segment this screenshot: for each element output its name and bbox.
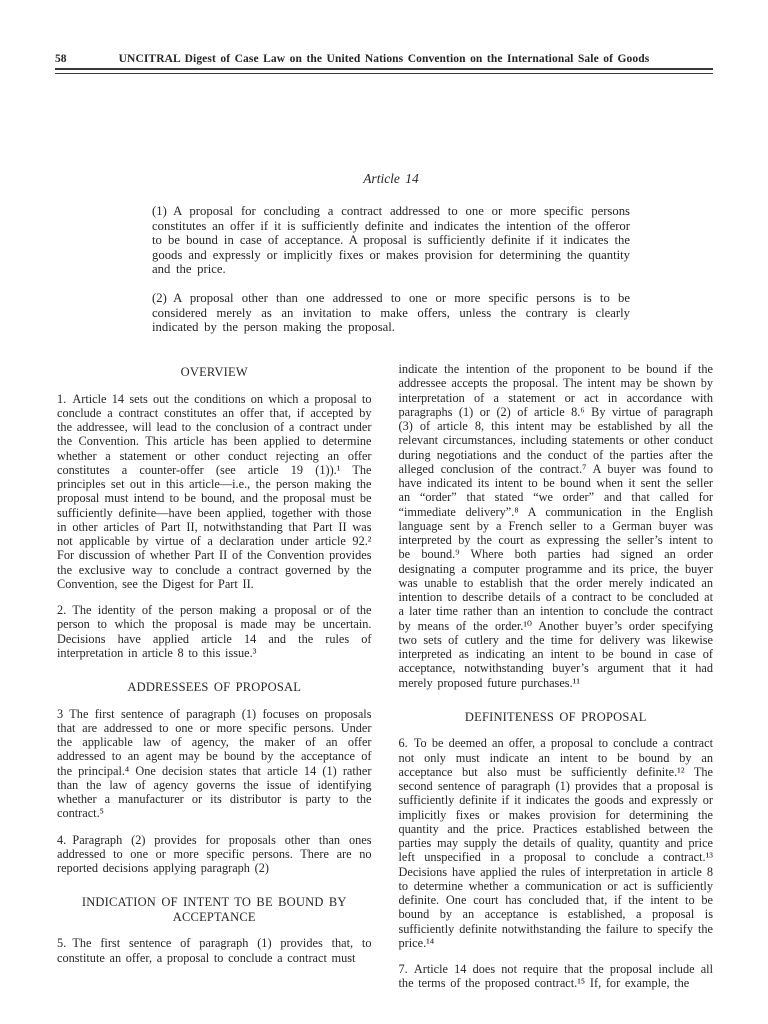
running-title: UNCITRAL Digest of Case Law on the Unite… — [55, 53, 713, 65]
paragraph-2: 2. The identity of the person making a p… — [57, 603, 372, 660]
paragraph-6: 6. To be deemed an offer, a proposal to … — [399, 736, 714, 950]
article-paragraph-2: (2) A proposal other than one addressed … — [152, 291, 630, 335]
running-head: 58 UNCITRAL Digest of Case Law on the Un… — [55, 53, 713, 68]
article-paragraph-1: (1) A proposal for concluding a contract… — [152, 204, 630, 277]
two-column-body: OVERVIEW 1. Article 14 sets out the cond… — [57, 362, 713, 1003]
article-heading: Article 14 — [152, 171, 630, 187]
heading-addressees-of-proposal: ADDRESSEES OF PROPOSAL — [57, 680, 372, 695]
paragraph-1: 1. Article 14 sets out the conditions on… — [57, 392, 372, 592]
article-quotation-block: Article 14 (1) A proposal for concluding… — [152, 171, 630, 349]
paragraph-7: 7. Article 14 does not require that the … — [399, 962, 714, 991]
document-page: 58 UNCITRAL Digest of Case Law on the Un… — [0, 0, 768, 1024]
heading-indication-of-intent: INDICATION OF INTENT TO BE BOUND BY ACCE… — [72, 895, 357, 924]
right-column: indicate the intention of the proponent … — [399, 362, 714, 1003]
left-column: OVERVIEW 1. Article 14 sets out the cond… — [57, 362, 372, 1003]
paragraph-3: 3 The first sentence of paragraph (1) fo… — [57, 707, 372, 821]
heading-overview: OVERVIEW — [57, 365, 372, 380]
heading-definiteness-of-proposal: DEFINITENESS OF PROPOSAL — [399, 710, 714, 725]
header-double-rule — [55, 68, 713, 74]
paragraph-5-continuation: indicate the intention of the proponent … — [399, 362, 714, 690]
paragraph-5: 5. The first sentence of paragraph (1) p… — [57, 936, 372, 965]
paragraph-4: 4. Paragraph (2) provides for proposals … — [57, 833, 372, 876]
